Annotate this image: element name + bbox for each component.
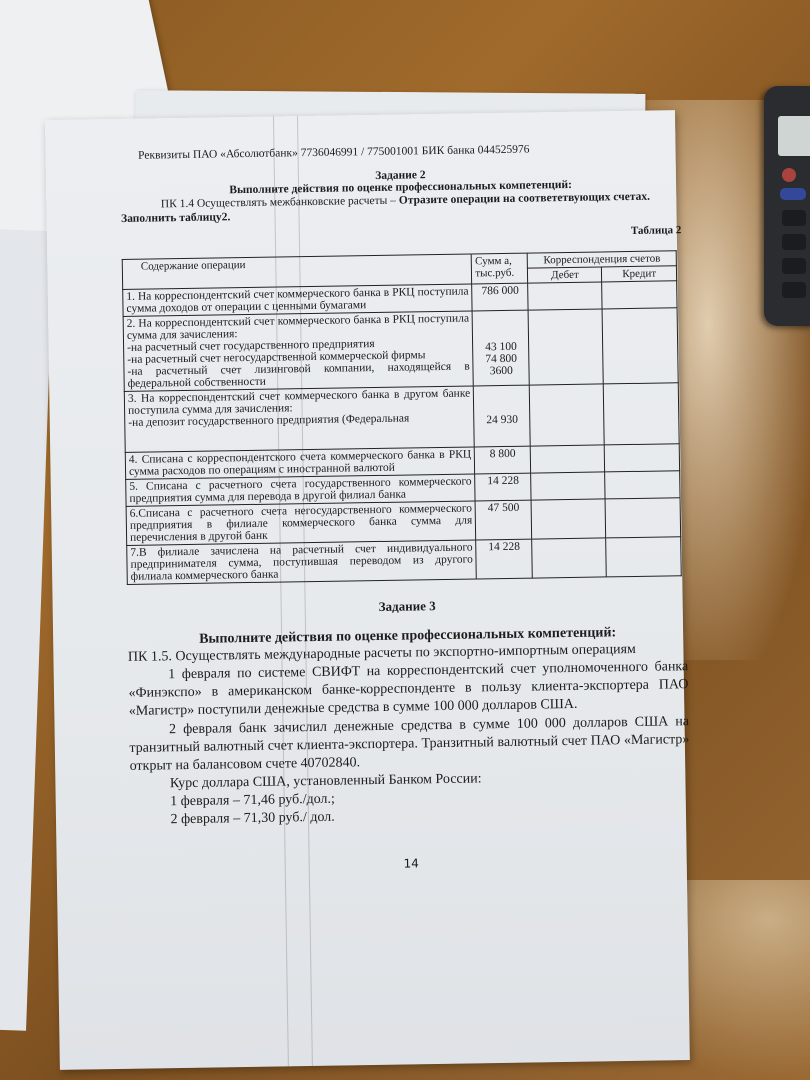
operation-description: 3. На корреспондентский счет коммерческо… — [124, 386, 474, 452]
device-key — [782, 168, 796, 182]
header-sum: Сумм а, тыс.руб. — [472, 253, 529, 284]
operation-sum: 43 10074 8003600 — [472, 310, 529, 386]
debit-cell[interactable] — [531, 445, 605, 473]
device-screen — [778, 116, 810, 156]
exchange-rates: Курс доллара США, установленный Банком Р… — [170, 767, 691, 830]
credit-cell[interactable] — [605, 444, 680, 472]
header-debit: Дебет — [528, 267, 602, 283]
task2-pk-text: ПК 1.4 Осуществлять межбанковские расчет… — [161, 195, 399, 211]
operation-description: 7.В филиале зачислена на расчетный счет … — [127, 540, 477, 584]
operation-description-line: 4. Списана с корреспондентского счета ко… — [129, 448, 472, 477]
operation-sum-value: 14 228 — [480, 540, 529, 553]
device-key — [782, 282, 806, 298]
page-content: Реквизиты ПАО «Абсолютбанк» 7736046991 /… — [120, 141, 691, 874]
operation-sum-value: 786 000 — [475, 284, 524, 297]
credit-cell[interactable] — [603, 308, 679, 384]
debit-cell[interactable] — [528, 282, 602, 310]
debit-cell[interactable] — [528, 309, 603, 385]
operation-sum-value: 3600 — [477, 364, 526, 377]
background-paper-edge — [0, 229, 54, 1031]
operation-sum-value: 14 228 — [478, 474, 527, 487]
table-caption: Таблица 2 — [121, 224, 681, 245]
credit-cell[interactable] — [604, 383, 679, 445]
task3-paragraph-2: 2 февраля банк зачислил денежные средств… — [129, 713, 690, 776]
task3-paragraph-1: 1 февраля по системе СВИФТ на корреспонд… — [128, 658, 689, 721]
operations-table: Содержание операции Сумм а, тыс.руб. Кор… — [122, 250, 682, 585]
debit-cell[interactable] — [531, 499, 606, 539]
operation-sum-value: 8 800 — [478, 447, 527, 460]
credit-cell[interactable] — [602, 281, 677, 309]
debit-cell[interactable] — [532, 538, 607, 578]
device-key — [782, 234, 806, 250]
operation-description-line: 5. Списана с расчетного счета государств… — [129, 475, 472, 504]
device-key — [780, 188, 806, 200]
operation-sum-value: 47 500 — [479, 501, 528, 514]
operation-description-line: -на расчетный счет лизинговой компании, … — [127, 360, 470, 389]
operation-sum-value: 43 100 — [476, 340, 525, 353]
debit-cell[interactable] — [530, 384, 605, 446]
operation-description-line: 1. На корреспондентский счет коммерческо… — [126, 285, 469, 314]
credit-cell[interactable] — [605, 470, 680, 498]
operation-description-line: 7.В филиале зачислена на расчетный счет … — [130, 541, 473, 582]
operation-sum: 786 000 — [472, 283, 528, 311]
table-row: 2. На корреспондентский счет коммерческо… — [123, 308, 678, 392]
operation-sum: 8 800 — [475, 446, 531, 474]
operation-sum: 24 930 — [474, 385, 531, 447]
device-key — [782, 210, 806, 226]
task3-title: Задание 3 — [127, 594, 687, 619]
table-row: 7.В филиале зачислена на расчетный счет … — [127, 536, 682, 584]
debit-cell[interactable] — [531, 472, 605, 500]
device-key — [782, 258, 806, 274]
operation-sum: 47 500 — [475, 500, 532, 540]
operation-description-line: 6.Списана с расчетного счета негосударст… — [130, 502, 473, 543]
operation-sum-value: 24 930 — [478, 413, 527, 426]
operation-sum: 14 228 — [475, 473, 531, 501]
credit-cell[interactable] — [605, 497, 680, 537]
task3-section: Задание 3 Выполните действия по оценке п… — [127, 594, 691, 831]
operation-description: 6.Списана с расчетного счета негосударст… — [126, 501, 476, 545]
credit-cell[interactable] — [606, 536, 681, 576]
table-row: 3. На корреспондентский счет коммерческо… — [124, 383, 679, 453]
operation-sum-value: 74 800 — [477, 352, 526, 365]
calculator-device — [764, 86, 810, 326]
header-credit: Кредит — [602, 266, 677, 282]
operation-description: 2. На корреспондентский счет коммерческо… — [123, 311, 473, 391]
operation-sum: 14 228 — [476, 539, 533, 579]
